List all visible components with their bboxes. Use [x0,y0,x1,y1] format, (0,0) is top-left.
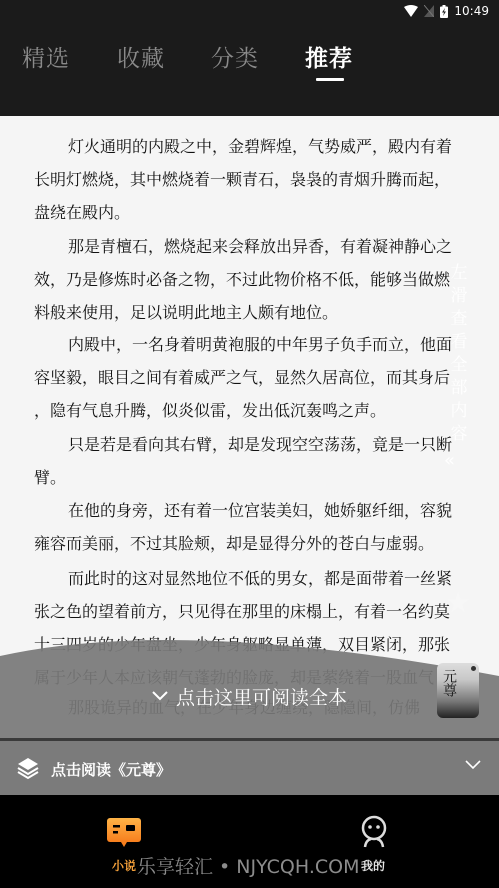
layers-icon [16,756,40,780]
bottom-nav: 小说 我的 乐享轻汇 • NJYCQH.COM [0,795,499,888]
chevron-down-icon[interactable] [465,760,481,770]
wifi-icon [404,5,418,17]
nav-novel-label[interactable]: 小说 [112,857,136,874]
nav-mine-label[interactable]: 我的 [361,857,385,874]
read-book-label: 点击阅读《元尊》 [51,759,171,780]
tab-favorites[interactable]: 收藏 [117,40,165,73]
cover-dot [471,666,476,671]
status-bar: 10:49 [0,0,499,22]
chevron-down-icon [152,691,168,701]
swipe-left-panel[interactable] [0,116,89,740]
status-icons: 10:49 [404,3,489,19]
read-full-book-button[interactable]: 点击这里可阅读全本 [0,676,499,716]
tab-categories[interactable]: 分类 [211,40,259,73]
swipe-hint-text: 左滑查看全部内容 [448,262,470,446]
tab-featured[interactable]: 精选 [22,40,70,73]
tab-recommended[interactable]: 推荐 [305,40,353,73]
active-tab-indicator [316,78,344,81]
star-icon[interactable]: ★ [443,588,473,618]
clock: 10:49 [454,4,489,18]
read-book-bar[interactable]: 点击阅读《元尊》 [0,741,499,795]
no-sim-icon [424,5,434,17]
double-chevron-left-icon: « [444,450,455,471]
watermark-text: 乐享轻汇 • NJYCQH.COM [137,852,360,879]
book-chat-icon[interactable] [107,818,141,848]
top-tab-bar: 精选 收藏 分类 推荐 [0,22,499,116]
battery-charging-icon [440,5,448,18]
profile-icon[interactable] [359,815,389,849]
